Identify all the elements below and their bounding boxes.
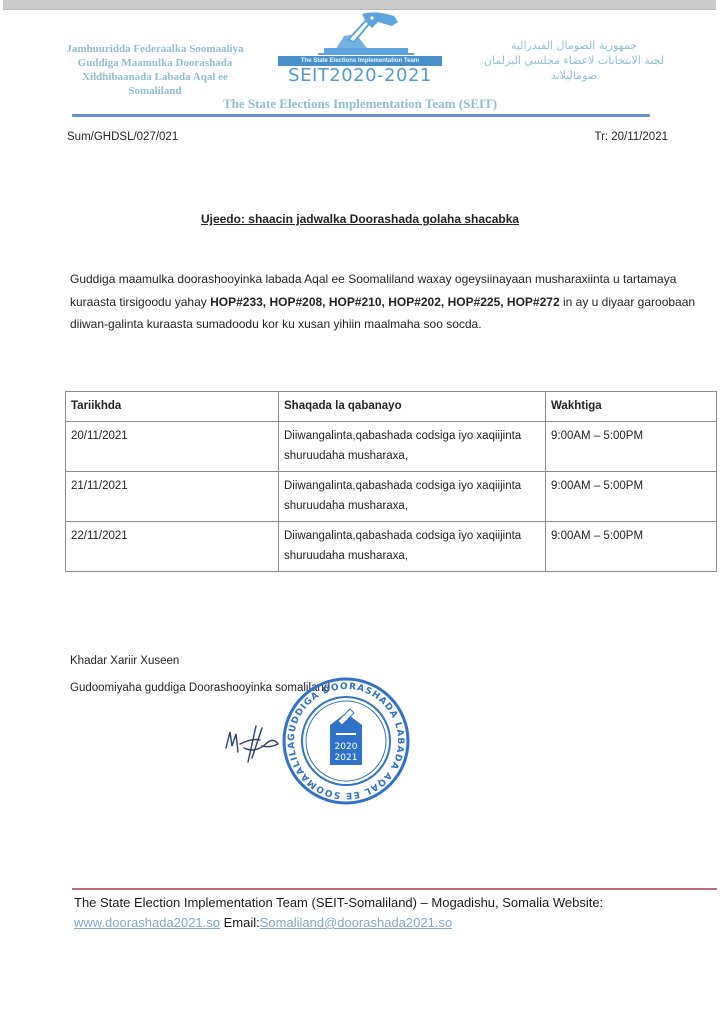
- schedule-table: Tariikhda Shaqada la qabanayo Wakhtiga 2…: [65, 391, 717, 572]
- body-seat-numbers: HOP#233, HOP#208, HOP#210, HOP#202, HOP#…: [210, 295, 560, 309]
- footer-contact-line: www.doorashada2021.so Email:Somaliland@d…: [74, 915, 452, 930]
- column-header-time: Wakhtiga: [546, 392, 717, 422]
- cell-date: 22/11/2021: [66, 522, 279, 572]
- header-right-line: جمهورية الصومال الفيدرالية: [448, 38, 700, 53]
- cell-time: 9:00AM – 5:00PM: [546, 522, 717, 572]
- email-label: Email:: [220, 915, 260, 930]
- website-link[interactable]: www.doorashada2021.so: [74, 915, 220, 930]
- cell-date: 20/11/2021: [66, 422, 279, 472]
- header-right-line: صوماليلاند: [448, 68, 700, 83]
- cell-time: 9:00AM – 5:00PM: [546, 472, 717, 522]
- footer-org-line: The State Election Implementation Team (…: [74, 895, 603, 910]
- table-row: 22/11/2021 Diiwangalinta,qabashada codsi…: [66, 522, 717, 572]
- official-stamp-icon: GUDDIGA DOORASHADA LABADA AQAL EE SOOMAA…: [280, 675, 412, 807]
- header-arabic-org: جمهورية الصومال الفيدرالية لجنة الانتخاب…: [448, 38, 700, 83]
- cell-activity: Diiwangalinta,qabashada codsiga iyo xaqi…: [279, 472, 546, 522]
- table-header-row: Tariikhda Shaqada la qabanayo Wakhtiga: [66, 392, 717, 422]
- header-subtitle: The State Elections Implementation Team …: [150, 96, 570, 112]
- header-left-line: Jamhuuridda Federaalka Soomaaliya: [30, 42, 280, 56]
- table-row: 21/11/2021 Diiwangalinta,qabashada codsi…: [66, 472, 717, 522]
- cell-time: 9:00AM – 5:00PM: [546, 422, 717, 472]
- top-gray-bar: [3, 0, 716, 10]
- cell-activity: Diiwangalinta,qabashada codsiga iyo xaqi…: [279, 422, 546, 472]
- letter-subject: Ujeedo: shaacin jadwalka Doorashada gola…: [0, 212, 720, 226]
- header-left-line: Guddiga Maamulka Doorashada: [30, 56, 280, 70]
- cell-date: 21/11/2021: [66, 472, 279, 522]
- header-right-line: لجنة الانتخابات لاعضاء مجلسي البرلمان: [448, 53, 700, 68]
- reference-number: Sum/GHDSL/027/021: [67, 131, 178, 143]
- letter-body: Guddiga maamulka doorashooyinka labada A…: [70, 268, 710, 336]
- cell-activity: Diiwangalinta,qabashada codsiga iyo xaqi…: [279, 522, 546, 572]
- ballot-box-hand-icon: [274, 12, 446, 58]
- footer-divider: [72, 888, 717, 890]
- column-header-date: Tariikhda: [66, 392, 279, 422]
- header-left-line: Xildhibaanada Labada Aqal ee: [30, 70, 280, 84]
- column-header-activity: Shaqada la qabanayo: [279, 392, 546, 422]
- email-link[interactable]: Somaliland@doorashada2021.so: [260, 915, 452, 930]
- svg-text:2021: 2021: [335, 753, 358, 763]
- header-somali-org: Jamhuuridda Federaalka Soomaaliya Guddig…: [30, 42, 280, 98]
- handwritten-signature-icon: [222, 718, 282, 770]
- header-divider: [72, 114, 650, 117]
- logo-title: SEIT2020-2021: [274, 65, 446, 86]
- letter-date: Tr: 20/11/2021: [594, 131, 668, 143]
- svg-text:2020: 2020: [335, 742, 358, 752]
- seit-logo: The State Elections Implementation Team …: [274, 12, 446, 86]
- table-row: 20/11/2021 Diiwangalinta,qabashada codsi…: [66, 422, 717, 472]
- signer-name: Khadar Xariir Xuseen: [70, 655, 179, 667]
